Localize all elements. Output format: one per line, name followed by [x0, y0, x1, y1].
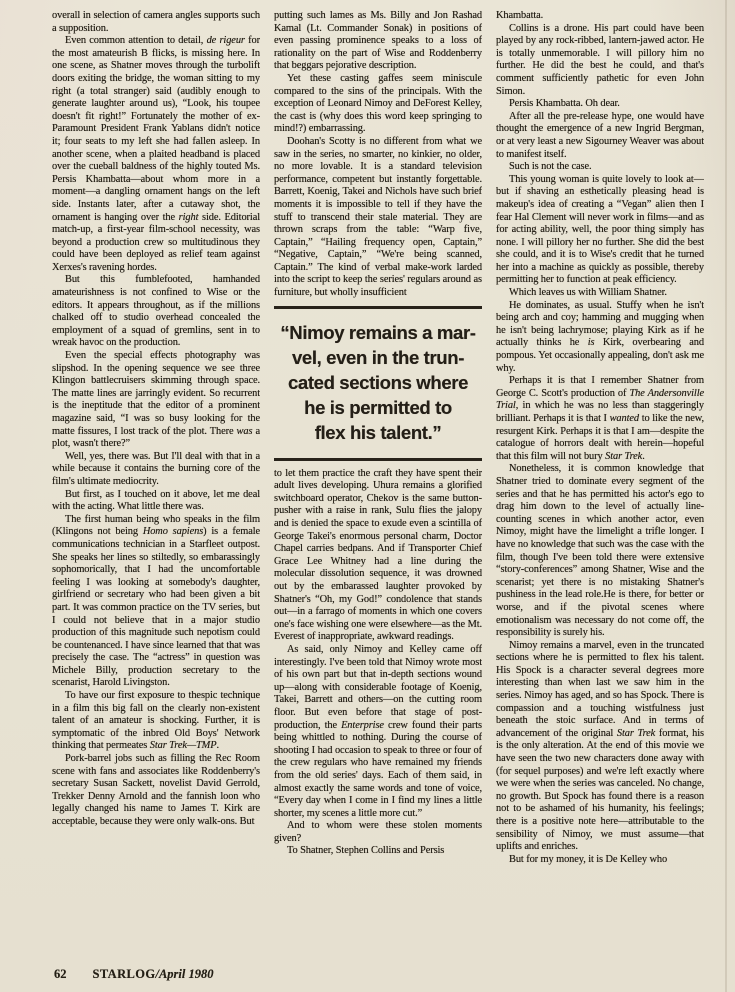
body-text: Even the special effects photography was…: [52, 350, 260, 437]
paragraph: Even the special effects photography was…: [52, 350, 260, 451]
body-text: Yet these casting gaffes seem miniscule …: [274, 73, 482, 134]
paragraph: Even common attention to detail, de rige…: [52, 35, 260, 274]
body-text: format, his is the only alteration. At t…: [496, 728, 704, 852]
pull-quote-line: cated sections where: [274, 370, 482, 395]
italic-text: was: [237, 426, 253, 437]
paragraph: To Shatner, Stephen Collins and Persis: [274, 845, 482, 858]
paragraph: He dominates, as usual. Stuffy when he i…: [496, 300, 704, 376]
paragraph: Nimoy remains a marvel, even in the trun…: [496, 640, 704, 854]
pull-quote-line: he is permitted to: [274, 395, 482, 420]
paragraph: As said, only Nimoy and Kelley came off …: [274, 644, 482, 820]
body-text: to let them practice the craft they have…: [274, 468, 482, 643]
pull-quote: “Nimoy remains a mar-vel, even in the tr…: [274, 306, 482, 461]
body-text: Collins is a drone. His part could have …: [496, 23, 704, 97]
paragraph: Yet these casting gaffes seem miniscule …: [274, 73, 482, 136]
italic-text: Star Trek: [617, 728, 655, 739]
article-columns: overall in selection of camera angles su…: [52, 10, 704, 982]
italic-text: Star Trek: [605, 451, 642, 462]
body-text: ) is a female communications technician …: [52, 526, 260, 688]
paragraph: Nonetheless, it is common knowledge that…: [496, 463, 704, 639]
body-text: After all the pre-release hype, one woul…: [496, 111, 704, 160]
body-text: crew found their parts being whittled to…: [274, 720, 482, 819]
body-text: Well, yes, there was. But I'll deal with…: [52, 451, 260, 487]
paragraph: Well, yes, there was. But I'll deal with…: [52, 451, 260, 489]
pull-quote-line: vel, even in the trun-: [274, 345, 482, 370]
body-text: Pork-barrel jobs such as filling the Rec…: [52, 753, 260, 827]
paragraph: to let them practice the craft they have…: [274, 468, 482, 644]
body-text: Such is not the case.: [509, 161, 591, 172]
body-text: But first, as I touched on it above, let…: [52, 489, 260, 513]
paragraph: Persis Khambatta. Oh dear.: [496, 98, 704, 111]
paragraph: After all the pre-release hype, one woul…: [496, 111, 704, 161]
paragraph: The first human being who speaks in the …: [52, 514, 260, 690]
italic-text: de rigeur: [207, 35, 245, 46]
body-text: This young woman is quite lovely to look…: [496, 174, 704, 286]
italic-text: Star Trek—TMP: [150, 740, 217, 751]
body-text: for the most amateurish B flicks, is mis…: [52, 35, 260, 222]
magazine-page: overall in selection of camera angles su…: [0, 0, 735, 992]
paragraph: Doohan's Scotty is no different from wha…: [274, 136, 482, 300]
paragraph: Collins is a drone. His part could have …: [496, 23, 704, 99]
body-text: Persis Khambatta. Oh dear.: [509, 98, 620, 109]
body-text: .: [216, 740, 219, 751]
article-column-1: overall in selection of camera angles su…: [52, 10, 260, 982]
paragraph: To have our first exposure to thespic te…: [52, 690, 260, 753]
body-text: To Shatner, Stephen Collins and Persis: [287, 845, 444, 856]
paragraph: And to whom were these stolen moments gi…: [274, 820, 482, 845]
body-text: .: [642, 451, 645, 462]
body-text: Which leaves us with William Shatner.: [509, 287, 667, 298]
body-text: But this fumblefooted, hamhanded amateur…: [52, 274, 260, 348]
article-column-2: putting such lames as Ms. Billy and Jon …: [274, 10, 482, 982]
body-text: Even common attention to detail,: [65, 35, 207, 46]
paragraph: Khambatta.: [496, 10, 704, 23]
paragraph: putting such lames as Ms. Billy and Jon …: [274, 10, 482, 73]
body-text: Doohan's Scotty is no different from wha…: [274, 136, 482, 298]
paragraph: Pork-barrel jobs such as filling the Rec…: [52, 753, 260, 829]
issue-date: /April 1980: [156, 967, 214, 981]
paragraph: But first, as I touched on it above, let…: [52, 489, 260, 514]
italic-text: Enterprise: [341, 720, 384, 731]
body-text: putting such lames as Ms. Billy and Jon …: [274, 10, 482, 71]
paragraph: Such is not the case.: [496, 161, 704, 174]
magazine-name: STARLOG: [93, 967, 156, 981]
page-number: 62: [54, 967, 67, 981]
article-column-3: Khambatta.Collins is a drone. His part c…: [496, 10, 704, 982]
body-text: overall in selection of camera angles su…: [52, 10, 260, 34]
italic-text: Homo sapiens: [143, 526, 203, 537]
page-footer: 62STARLOG/April 1980: [54, 967, 214, 981]
italic-text: wanted: [610, 413, 639, 424]
body-text: Nimoy remains a marvel, even in the trun…: [496, 640, 704, 739]
body-text: But for my money, it is De Kelley who: [509, 854, 667, 865]
pull-quote-line: flex his talent.”: [274, 420, 482, 445]
pull-quote-line: “Nimoy remains a mar-: [274, 320, 482, 345]
paragraph: Which leaves us with William Shatner.: [496, 287, 704, 300]
body-text: Nonetheless, it is common knowledge that…: [496, 463, 704, 638]
paragraph: This young woman is quite lovely to look…: [496, 174, 704, 287]
body-text: Khambatta.: [496, 10, 543, 21]
italic-text: right: [179, 212, 199, 223]
paragraph: overall in selection of camera angles su…: [52, 10, 260, 35]
paragraph: But this fumblefooted, hamhanded amateur…: [52, 274, 260, 350]
body-text: As said, only Nimoy and Kelley came off …: [274, 644, 482, 731]
body-text: And to whom were these stolen moments gi…: [274, 820, 482, 844]
paragraph: But for my money, it is De Kelley who: [496, 854, 704, 867]
paragraph: Perhaps it is that I remember Shatner fr…: [496, 375, 704, 463]
